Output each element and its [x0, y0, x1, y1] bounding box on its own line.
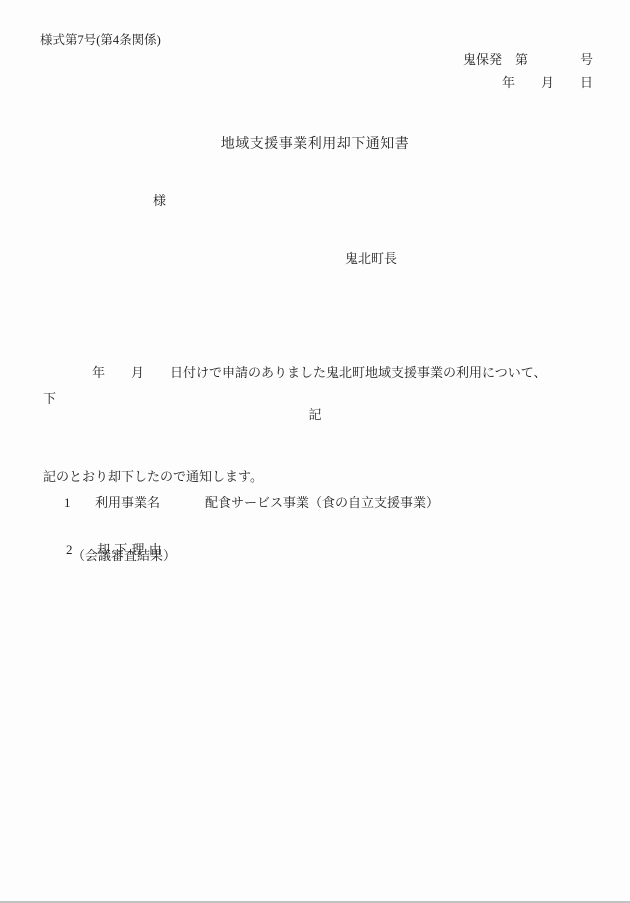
item-1-label: 利用事業名 [95, 492, 205, 511]
date-line: 年 月 日 [502, 72, 593, 91]
list-item-1: 1利用事業名配食サービス事業（食の自立支援事業） [51, 476, 439, 527]
item-1-value: 配食サービス事業（食の自立支援事業） [205, 495, 439, 510]
item-1-number: 1 [64, 495, 95, 511]
recipient-honorific: 様 [153, 190, 166, 209]
sender-name: 鬼北町長 [345, 248, 397, 267]
form-style-label: 様式第7号(第4条関係) [40, 30, 161, 48]
record-heading: 記 [0, 404, 630, 423]
document-page: 様式第7号(第4条関係) 鬼保発 第 号 年 月 日 地域支援事業利用却下通知書… [0, 0, 630, 903]
document-number-line: 鬼保発 第 号 [463, 49, 593, 68]
item-2-note: （会議審査結果） [72, 545, 176, 564]
page-title: 地域支援事業利用却下通知書 [0, 133, 630, 153]
